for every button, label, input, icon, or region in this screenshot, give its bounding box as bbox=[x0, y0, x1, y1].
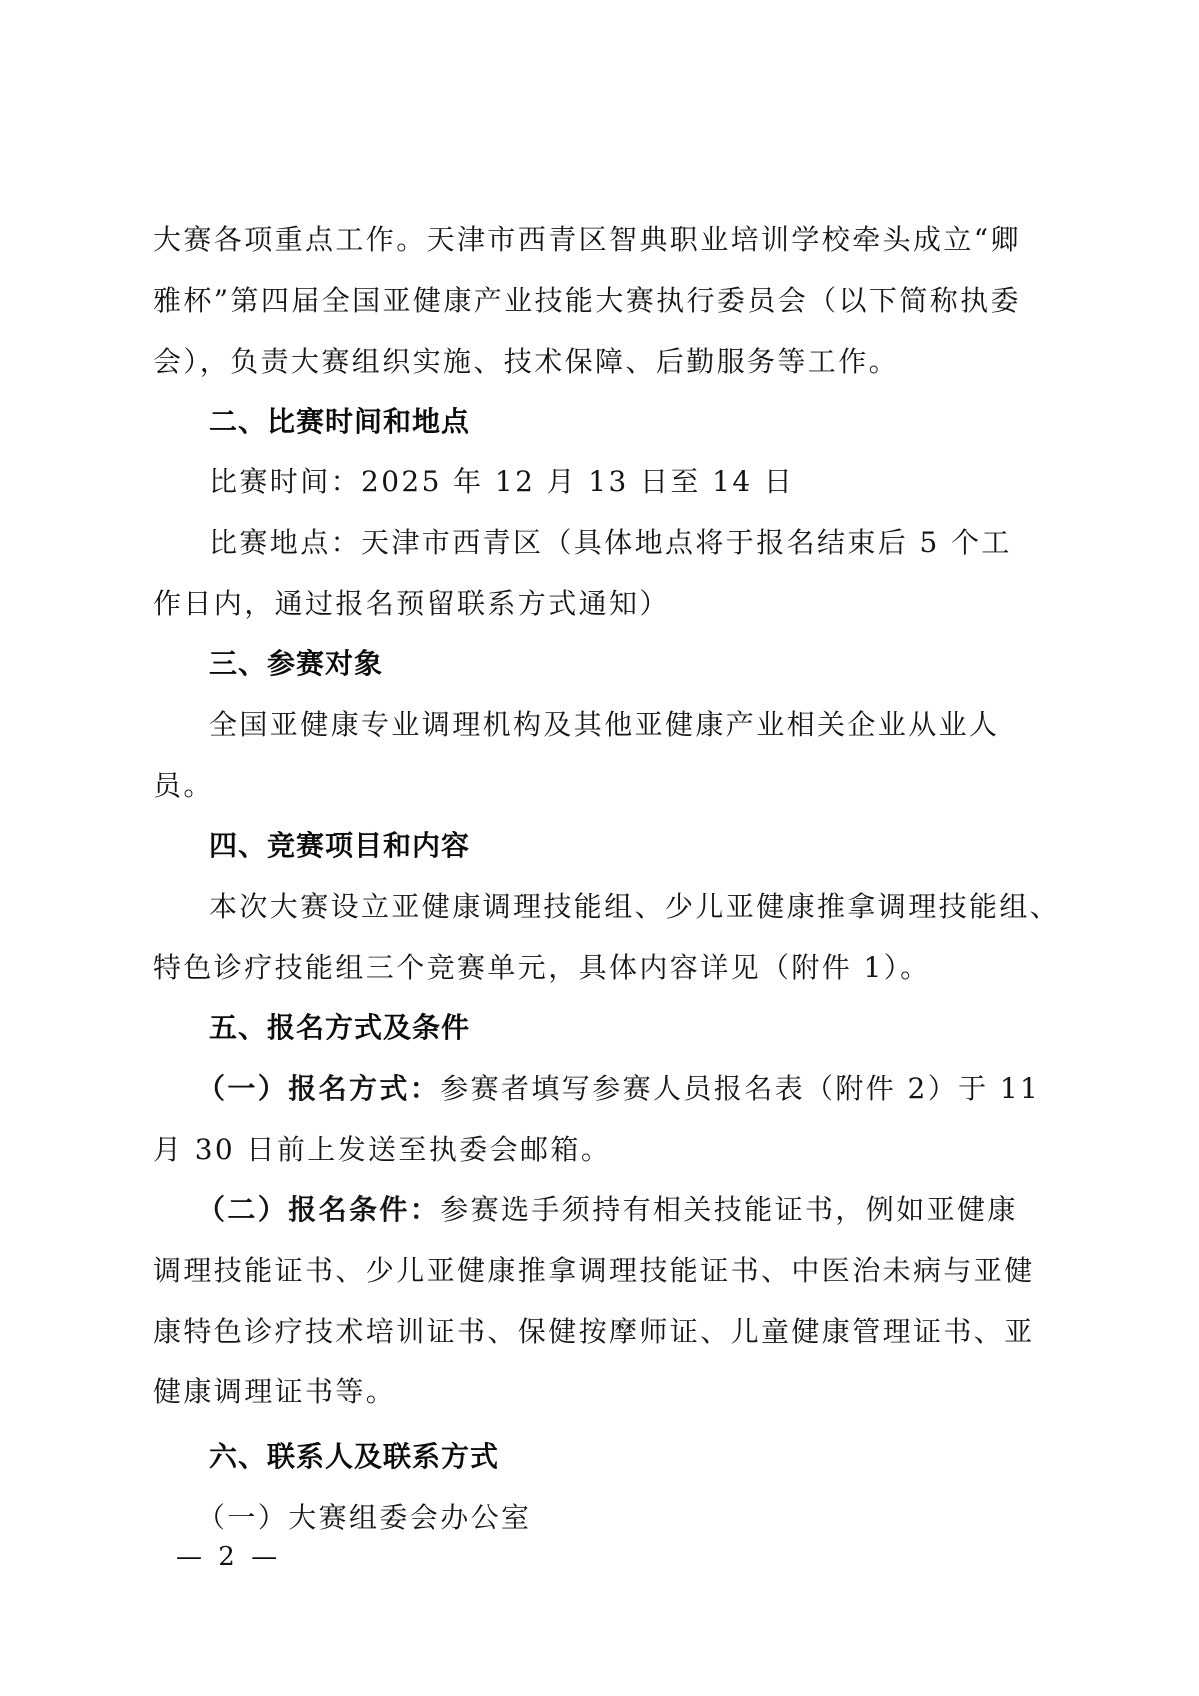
intro-line-2: 雅杯”第四届全国亚健康产业技能大赛执行委员会（以下简称执委 bbox=[153, 275, 1021, 327]
page-number: — 2 — bbox=[176, 1537, 281, 1577]
registration-conditions-line-1: （二）报名条件：参赛选手须持有相关技能证书，例如亚健康 bbox=[197, 1184, 1018, 1236]
section-heading-events: 四、竞赛项目和内容 bbox=[209, 820, 470, 872]
document-page: 大赛各项重点工作。天津市西青区智典职业培训学校牵头成立“卿 雅杯”第四届全国亚健… bbox=[0, 0, 1199, 1696]
participants-line-2: 员。 bbox=[153, 760, 214, 812]
registration-conditions-line-4: 健康调理证书等。 bbox=[153, 1366, 396, 1418]
competition-place-line-2: 作日内，通过报名预留联系方式通知） bbox=[153, 578, 670, 630]
registration-conditions-line-2: 调理技能证书、少儿亚健康推拿调理技能证书、中医治未病与亚健 bbox=[153, 1245, 1035, 1297]
section-heading-time-place: 二、比赛时间和地点 bbox=[209, 396, 470, 448]
intro-line-3: 会），负责大赛组织实施、技术保障、后勤服务等工作。 bbox=[153, 336, 899, 388]
registration-method-line-1: （一）报名方式：参赛者填写参赛人员报名表（附件 2）于 11 bbox=[197, 1063, 1040, 1115]
section-heading-registration: 五、报名方式及条件 bbox=[209, 1002, 470, 1054]
registration-conditions-text: 参赛选手须持有相关技能证书，例如亚健康 bbox=[440, 1193, 1018, 1226]
registration-conditions-line-3: 康特色诊疗技术培训证书、保健按摩师证、儿童健康管理证书、亚 bbox=[153, 1306, 1035, 1358]
competition-time: 比赛时间：2025 年 12 月 13 日至 14 日 bbox=[209, 456, 794, 508]
section-heading-participants: 三、参赛对象 bbox=[209, 638, 383, 690]
section-heading-contacts: 六、联系人及联系方式 bbox=[209, 1431, 499, 1483]
participants-line-1: 全国亚健康专业调理机构及其他亚健康产业相关企业从业人 bbox=[209, 699, 999, 751]
registration-method-text: 参赛者填写参赛人员报名表（附件 2）于 11 bbox=[440, 1072, 1040, 1105]
registration-method-label: （一）报名方式： bbox=[197, 1072, 440, 1105]
competition-place-line-1: 比赛地点：天津市西青区（具体地点将于报名结束后 5 个工 bbox=[209, 517, 1012, 569]
intro-line-1: 大赛各项重点工作。天津市西青区智典职业培训学校牵头成立“卿 bbox=[153, 214, 1021, 266]
events-line-1: 本次大赛设立亚健康调理技能组、少儿亚健康推拿调理技能组、 bbox=[209, 881, 1060, 933]
events-line-2: 特色诊疗技能组三个竞赛单元，具体内容详见（附件 1）。 bbox=[153, 942, 931, 994]
registration-method-line-2: 月 30 日前上发送至执委会邮箱。 bbox=[153, 1124, 611, 1176]
registration-conditions-label: （二）报名条件： bbox=[197, 1193, 440, 1226]
